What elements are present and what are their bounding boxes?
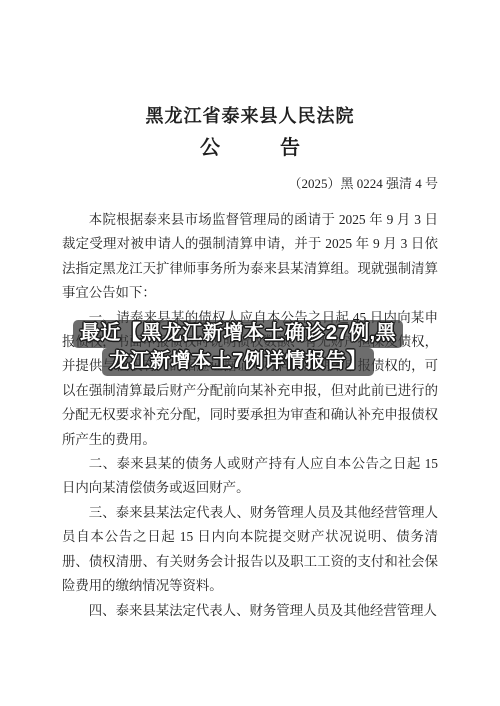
news-overlay-line-2[interactable]: 龙江新增本土7例详情报告】 [102, 348, 374, 376]
court-name-title: 黑龙江省泰来县人民法院 [62, 106, 438, 127]
paragraph-item-2: 二、泰来县某的债务人或财产持有人应自本公告之日起 15 日内向某清偿债务或返回财… [62, 452, 438, 501]
paragraph-item-3: 三、泰来县某法定代表人、财务管理人员及其他经营管理人员自本公告之日起 15 日内… [62, 501, 438, 599]
case-number: （2025）黑 0224 强清 4 号 [62, 176, 438, 192]
doc-type-title: 公 告 [62, 137, 438, 160]
paragraph-item-4: 四、泰来县某法定代表人、财务管理人员及其他经营管理人 [62, 599, 438, 623]
news-overlay-line-1[interactable]: 最近【黑龙江新增本土确诊27例,黑 [73, 320, 403, 348]
document-body: 本院根据泰来县市场监督管理局的函请于 2025 年 9 月 3 日裁定受理对被申… [62, 208, 438, 623]
news-overlay-banner[interactable]: 最近【黑龙江新增本土确诊27例,黑 龙江新增本土7例详情报告】 [62, 320, 414, 376]
paragraph-intro: 本院根据泰来县市场监督管理局的函请于 2025 年 9 月 3 日裁定受理对被申… [62, 208, 438, 306]
court-announcement-page: 黑龙江省泰来县人民法院 公 告 （2025）黑 0224 强清 4 号 本院根据… [0, 0, 500, 706]
document-content: 黑龙江省泰来县人民法院 公 告 （2025）黑 0224 强清 4 号 本院根据… [62, 0, 438, 623]
